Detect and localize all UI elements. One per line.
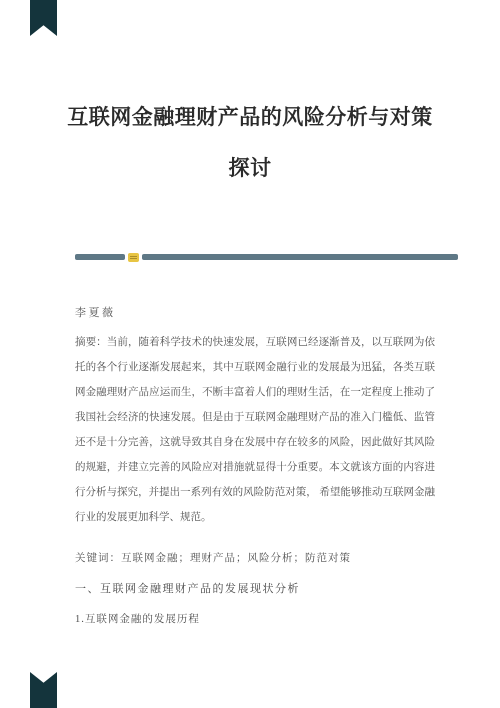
article-title: 互联网金融理财产品的风险分析与对策 探讨 bbox=[40, 92, 460, 194]
keywords-line: 关键词：互联网金融；理财产品；风险分析；防范对策 bbox=[75, 550, 351, 565]
title-divider bbox=[75, 252, 458, 262]
abstract-line: 网金融理财产品应运而生，不断丰富着人们的理财生活，在一定程度上推动了 bbox=[75, 380, 435, 405]
ribbon-bookmark-icon bbox=[30, 672, 57, 708]
document-page: 互联网金融理财产品的风险分析与对策 探讨 李夏薇 摘要：当前，随着科学技术的快速… bbox=[0, 0, 500, 708]
ribbon-bookmark-icon bbox=[30, 0, 57, 36]
abstract-line: 的规避，并建立完善的风险应对措施就显得十分重要。本文就该方面的内容进 bbox=[75, 455, 435, 480]
section-heading: 一、互联网金融理财产品的发展现状分析 bbox=[75, 580, 300, 596]
abstract-line: 托的各个行业逐渐发展起来，其中互联网金融行业的发展最为迅猛，各类互联 bbox=[75, 355, 435, 380]
note-icon bbox=[128, 253, 139, 262]
title-line-1: 互联网金融理财产品的风险分析与对策 bbox=[40, 92, 460, 143]
author-name: 李夏薇 bbox=[75, 304, 116, 320]
abstract-line: 还不是十分完善，这就导致其自身在发展中存在较多的风险，因此做好其风险 bbox=[75, 430, 435, 455]
divider-bar-left bbox=[75, 254, 125, 260]
divider-bar-right bbox=[142, 254, 458, 260]
abstract-paragraph: 摘要：当前，随着科学技术的快速发展，互联网已经逐渐普及，以互联网为依托的各个行业… bbox=[75, 330, 435, 530]
title-line-2: 探讨 bbox=[40, 143, 460, 194]
subsection-heading: 1.互联网金融的发展历程 bbox=[75, 611, 200, 626]
abstract-line: 行业的发展更加科学、规范。 bbox=[75, 505, 435, 530]
abstract-line: 摘要：当前，随着科学技术的快速发展，互联网已经逐渐普及，以互联网为依 bbox=[75, 330, 435, 355]
abstract-line: 行分析与探究，并提出一系列有效的风险防范对策， 希望能够推动互联网金融 bbox=[75, 480, 435, 505]
abstract-line: 我国社会经济的快速发展。但是由于互联网金融理财产品的准入门槛低、监管 bbox=[75, 405, 435, 430]
